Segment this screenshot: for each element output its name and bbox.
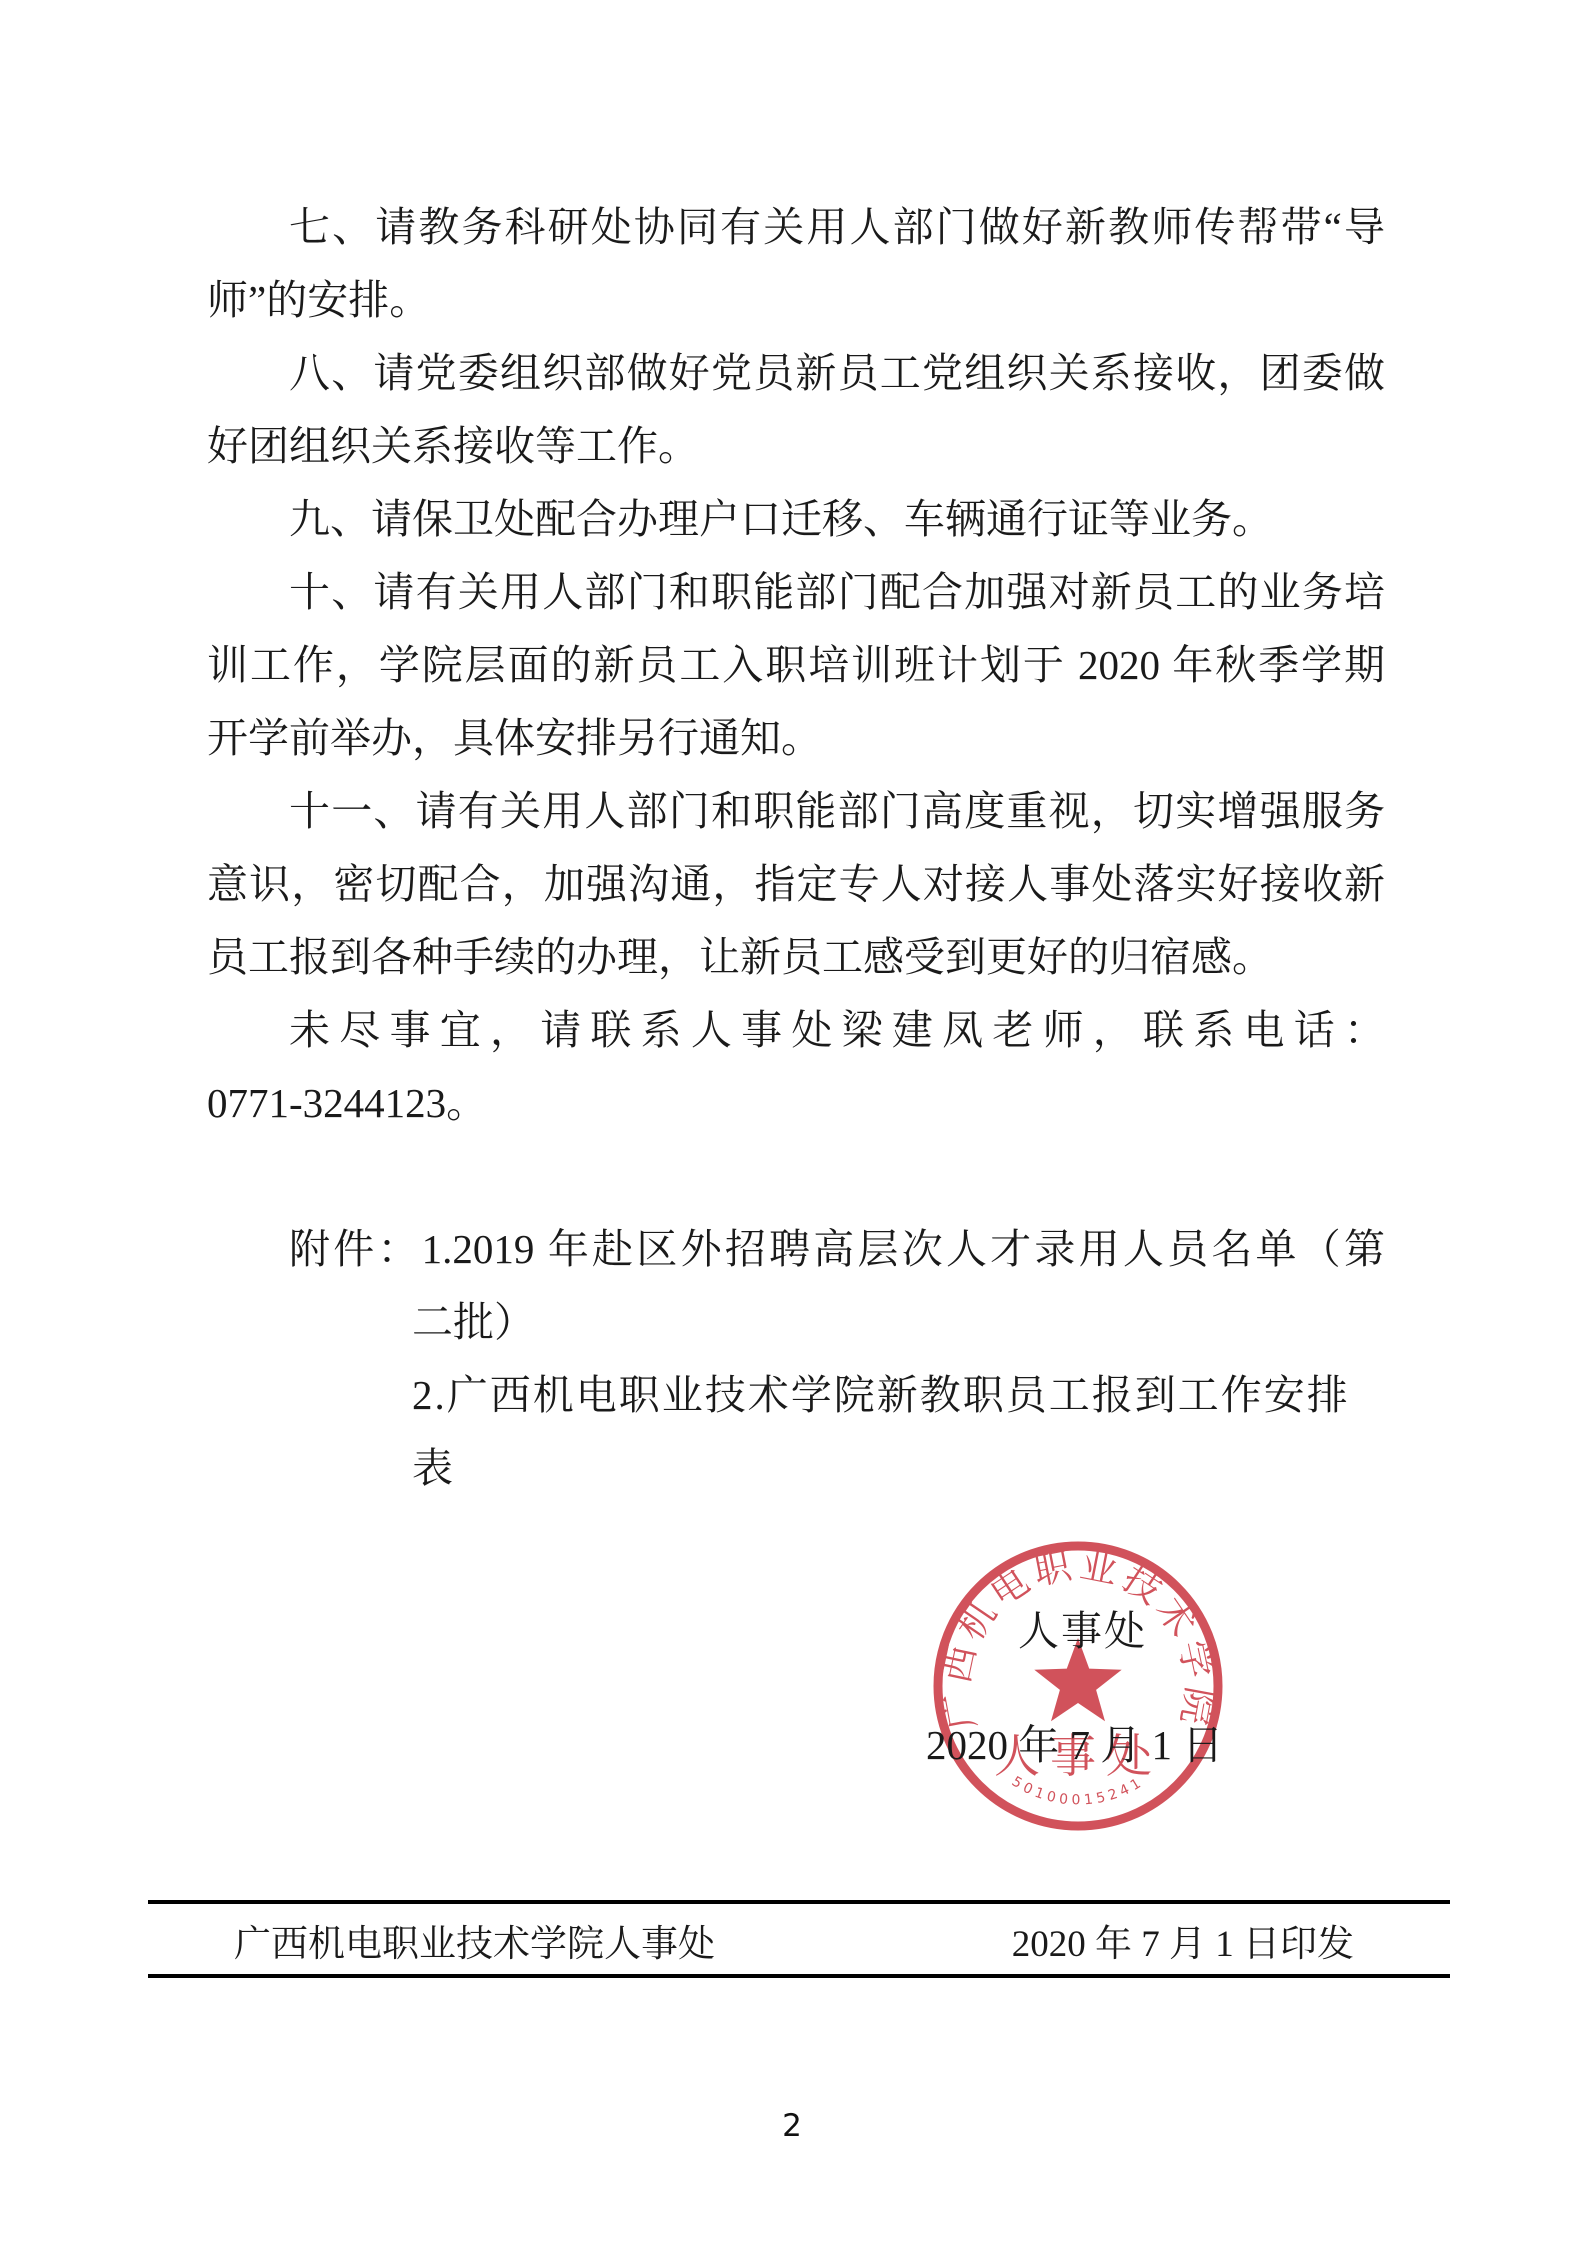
body-line: 九、请保卫处配合办理户口迁移、车辆通行证等业务。 (207, 483, 1385, 556)
footer: 广西机电职业技术学院人事处 2020 年 7 月 1 日印发 (148, 1908, 1450, 1972)
body-line: 七、请教务科研处协同有关用人部门做好新教师传帮带“导 (207, 191, 1385, 264)
blank-line (207, 1140, 1385, 1213)
footer-issuer: 广西机电职业技术学院人事处 (148, 1913, 715, 1967)
document-body: 七、请教务科研处协同有关用人部门做好新教师传帮带“导 师”的安排。 八、请党委组… (207, 191, 1385, 1432)
footer-divider-bottom (148, 1974, 1450, 1978)
footer-print-date: 2020 年 7 月 1 日印发 (1012, 1913, 1450, 1967)
body-line: 十一、请有关用人部门和职能部门高度重视，切实增强服务 (207, 775, 1385, 848)
attachment-line: 附件：1.2019 年赴区外招聘高层次人才录用人员名单（第 (207, 1213, 1385, 1286)
signature-department: 人事处 (1018, 1598, 1147, 1657)
signature-date: 2020 年 7 月 1 日 (926, 1712, 1223, 1771)
document-page: 七、请教务科研处协同有关用人部门做好新教师传帮带“导 师”的安排。 八、请党委组… (0, 0, 1587, 2245)
body-line: 员工报到各种手续的办理，让新员工感受到更好的归宿感。 (207, 921, 1385, 994)
page-number: 2 (762, 2108, 822, 2144)
official-seal-stamp: 广西机电职业技术学院 人事处 4501000152414 (926, 1534, 1230, 1838)
body-line: 0771-3244123。 (207, 1067, 1385, 1140)
body-line: 八、请党委组织部做好党员新员工党组织关系接收，团委做 (207, 337, 1385, 410)
body-line: 师”的安排。 (207, 264, 1385, 337)
body-line: 未尽事宜，请联系人事处梁建凤老师，联系电话： (207, 994, 1385, 1067)
attachment-line: 二批） (207, 1286, 1385, 1359)
body-line: 好团组织关系接收等工作。 (207, 410, 1385, 483)
body-line: 意识，密切配合，加强沟通，指定专人对接人事处落实好接收新 (207, 848, 1385, 921)
body-line: 开学前举办，具体安排另行通知。 (207, 702, 1385, 775)
footer-divider-top (148, 1900, 1450, 1904)
body-line: 十、请有关用人部门和职能部门配合加强对新员工的业务培 (207, 556, 1385, 629)
body-line: 训工作，学院层面的新员工入职培训班计划于 2020 年秋季学期 (207, 629, 1385, 702)
attachment-line: 2.广西机电职业技术学院新教职员工报到工作安排表 (207, 1359, 1385, 1432)
